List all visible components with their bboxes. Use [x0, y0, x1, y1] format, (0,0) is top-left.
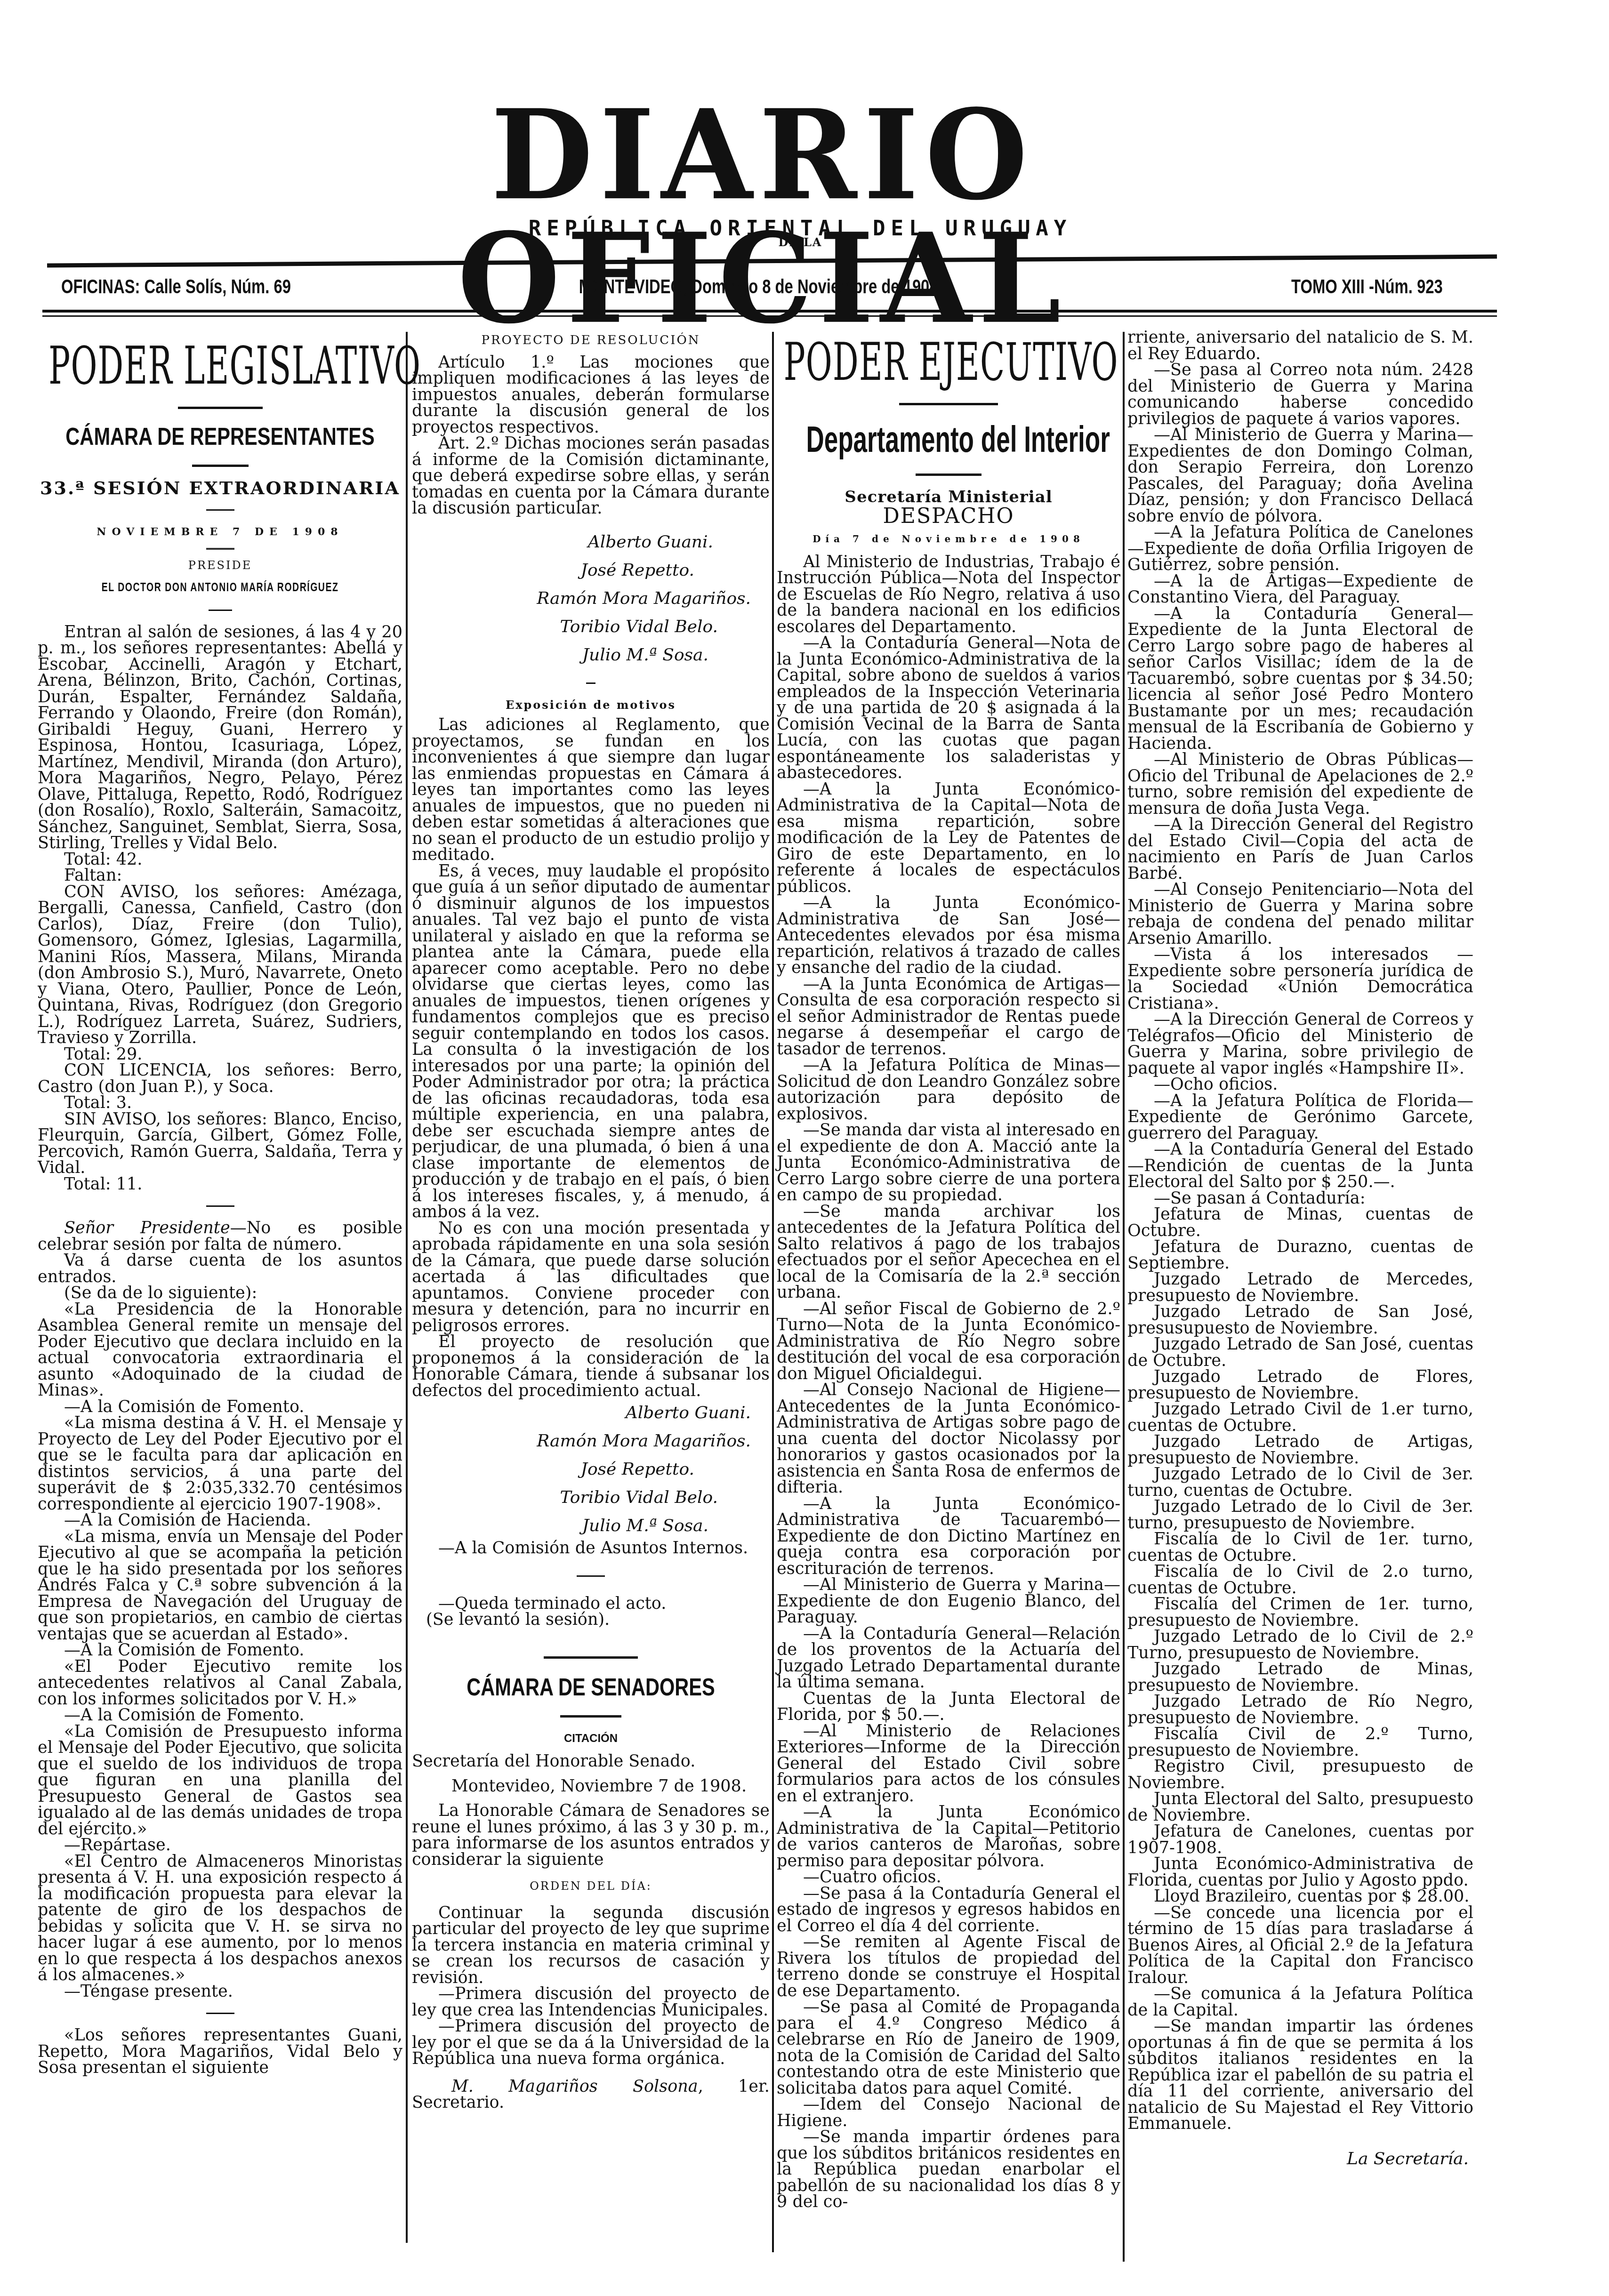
chamber-title: CÁMARA DE REPRESENTANTES: [59, 422, 381, 451]
despacho-title: DESPACHO: [777, 508, 1120, 525]
dispatch-entry: —Cuatro oficios.: [777, 1869, 1120, 1886]
proceeding: «La misma, envía un Mensaje del Poder Ej…: [38, 1529, 402, 1643]
ornament: [206, 548, 234, 550]
signature: Julio M.ª Sosa.: [412, 641, 770, 669]
dispatch-entry: —Se manda archivar los antecedentes de l…: [777, 1204, 1120, 1301]
dispatch-entry: —A la Contaduría General—Relación de los…: [777, 1626, 1120, 1691]
closing-intro: «Los señores representantes Guani, Repet…: [38, 2027, 402, 2076]
dispatch-entry: Juzgado Letrado de San José, cuentas de …: [1127, 1336, 1473, 1369]
dispatch-entry: Lloyd Brazileiro, cuentas por $ 28.00.: [1127, 1888, 1473, 1905]
dispatch-entry: —A la Junta Económico-Administrativa de …: [777, 895, 1120, 976]
divider: [192, 465, 249, 467]
dispatch-entry: —Se remiten al Agente Fiscal de Rivera l…: [777, 1934, 1120, 1999]
preside-name: EL DOCTOR DON ANTONIO MARÍA RODRÍGUEZ: [62, 579, 378, 595]
dispatch-entry: —Se manda dar vista al interesado en el …: [777, 1122, 1120, 1204]
signature: Ramón Mora Magariños.: [412, 1427, 770, 1455]
secretariat-signoff: La Secretaría.: [1127, 2151, 1473, 2168]
president-remark: Señor Presidente—No es posible celebrar …: [38, 1220, 402, 1252]
signature: José Repetto.: [412, 556, 770, 585]
dispatch-entry: Juzgado Letrado de Artigas, presupuesto …: [1127, 1434, 1473, 1466]
dispatch-entry: —Al Consejo Penitenciario—Nota del Minis…: [1127, 882, 1473, 947]
despacho-date: Día 7 de Noviembre de 1908: [777, 531, 1120, 547]
end-line: —Queda terminado el acto.: [412, 1596, 770, 1612]
dispatch-entry: Juzgado Letrado de lo Civil de 3er. turn…: [1127, 1499, 1473, 1531]
dispatch-entry: —A la Dirección General de Correos y Tel…: [1127, 1012, 1473, 1076]
dispatch-entry: Jefatura de Durazno, cuentas de Septiemb…: [1127, 1239, 1473, 1271]
session-title: 33.ª SESIÓN EXTRAORDINARIA: [38, 480, 402, 497]
proceeding: —A la Comisión de Fomento.: [38, 1707, 402, 1724]
absent-with-notice: CON AVISO, los señores: Amézaga, Bergall…: [38, 884, 402, 1046]
dispatch-entry: —A la Junta Económico-Administrativa de …: [777, 781, 1120, 895]
dispatch-entry: Juzgado Letrado de Flores, presupuesto d…: [1127, 1369, 1473, 1401]
dispatch-entry: —Al señor Fiscal de Gobierno de 2.º Turn…: [777, 1301, 1120, 1382]
masthead-subtitle: REPÚBLICA ORIENTAL DEL URUGUAY: [377, 217, 1224, 241]
column-divider: [406, 332, 408, 2243]
dispatch-entry: —Se pasa á la Contaduría General el esta…: [777, 1886, 1120, 1935]
dispatch-entry: —A la Junta Económica de Artigas—Consult…: [777, 976, 1120, 1058]
column-proyecto: PROYECTO DE RESOLUCIÓN Artículo 1.º Las …: [412, 329, 770, 2259]
referral: —A la Comisión de Asuntos Internos.: [412, 1540, 770, 1557]
absent-on-leave: CON LICENCIA, los señores: Berro, Castro…: [38, 1062, 402, 1095]
divider: [586, 682, 595, 684]
proceeding: «El Poder Ejecutivo remite los anteceden…: [38, 1659, 402, 1708]
absent-without-notice: SIN AVISO, los señores: Blanco, Enciso, …: [38, 1111, 402, 1176]
dispatch-entry: Juzgado Letrado de Río Negro, presupuest…: [1127, 1694, 1473, 1726]
divider: [206, 1205, 234, 1207]
senate-office: Secretaría del Honorable Senado.: [412, 1753, 770, 1770]
divider: [916, 474, 981, 476]
dispatch-entry: —Al Ministerio de Obras Públicas—Oficio …: [1127, 752, 1473, 817]
dispatch-entry: —A la Dirección General del Registro del…: [1127, 817, 1473, 882]
dispatch-entry: —A la de Artigas—Expediente de Constanti…: [1127, 573, 1473, 606]
dispatch-entry: —Se manda impartir órdenes para que los …: [777, 2129, 1120, 2210]
divider: [206, 2013, 234, 2014]
column-divider: [1123, 332, 1125, 2262]
dispatch-entry: Juzgado Letrado Civil de 1.er turno, cue…: [1127, 1401, 1473, 1434]
department-title: Departamento del Interior: [806, 418, 1091, 461]
signature: Ramón Mora Magariños.: [412, 585, 770, 613]
proceeding: —A la Comisión de Fomento.: [38, 1399, 402, 1415]
total-without-notice: Total: 11.: [38, 1176, 402, 1193]
agenda-item: Continuar la segunda discusión particula…: [412, 1905, 770, 1986]
proyecto-heading: PROYECTO DE RESOLUCIÓN: [412, 332, 770, 349]
column-legislativo: PODER LEGISLATIVO CÁMARA DE REPRESENTANT…: [38, 329, 402, 2259]
article: Art. 2.º Dichas mociones serán pasadas á…: [412, 435, 770, 517]
dispatch-entry: Juzgado Letrado de Mercedes, presupuesto…: [1127, 1271, 1473, 1304]
proceeding: —Téngase presente.: [38, 1983, 402, 2000]
senate-signer: M. Magariños Solsona, 1er. Secretario.: [412, 2079, 770, 2111]
dispatch-entry: —Vista á los interesados — Expediente so…: [1127, 947, 1473, 1012]
proceeding: (Se da de lo siguiente):: [38, 1285, 402, 1301]
proceeding: «La Comisión de Presupuesto informa el M…: [38, 1724, 402, 1838]
dispatch-entry: Jefatura de Minas, cuentas de Octubre.: [1127, 1206, 1473, 1239]
divider: [178, 407, 263, 409]
dispatch-entry: —A la Jefatura Política de Minas—Solicit…: [777, 1057, 1120, 1122]
divider: [544, 1656, 638, 1659]
dispatch-entry: —A la Junta Económico Administrativa de …: [777, 1804, 1120, 1869]
dispatch-entry: Fiscalía de lo Civil de 2.o turno, cuent…: [1127, 1564, 1473, 1596]
signature: José Repetto.: [412, 1455, 770, 1484]
header-rule: [42, 310, 1497, 313]
dispatch-entry: —A la Jefatura Política de Canelones—Exp…: [1127, 524, 1473, 573]
motive-paragraph: Las adiciones al Reglamento, que proyect…: [412, 717, 770, 863]
masthead: DIARIO OFICIAL DE LA REPÚBLICA ORIENTAL …: [0, 0, 1609, 264]
dispatch-entry: —Se comunica á la Jefatura Política de l…: [1127, 1986, 1473, 2018]
dispatch-entry: —Al Consejo Nacional de Higiene—Antecede…: [777, 1382, 1120, 1496]
dispatch-entry: Juzgado Letrado de lo Civil de 2.º Turno…: [1127, 1629, 1473, 1661]
dispatch-entry: Junta Económico-Administrativa de Florid…: [1127, 1856, 1473, 1888]
senate-title: CÁMARA DE SENADORES: [433, 1673, 749, 1702]
dispatch-entry: —Se mandan impartir las órdenes oportuna…: [1127, 2018, 1473, 2132]
motive-paragraph: El proyecto de resolución que proponemos…: [412, 1334, 770, 1399]
volume-number: TOMO XIII -Núm. 923: [1291, 275, 1443, 298]
dispatch-entry: —Se concede una licencia por el término …: [1127, 1905, 1473, 1986]
dispatch-entry: —A la Contaduría General del Estado—Rend…: [1127, 1141, 1473, 1190]
attendance-paragraph: Entran al salón de sesiones, á las 4 y 2…: [38, 624, 402, 851]
signature: Toribio Vidal Belo.: [412, 613, 770, 641]
signature: Alberto Guani.: [412, 1399, 770, 1427]
section-title-legislativo: PODER LEGISLATIVO: [48, 339, 392, 393]
signature: Alberto Guani.: [412, 528, 770, 556]
signature: Toribio Vidal Belo.: [412, 1484, 770, 1512]
dispatch-entry: —Idem del Consejo Nacional de Higiene.: [777, 2096, 1120, 2129]
dateline: MONTEVIDEO, Domingo 8 de Noviembre de 19…: [579, 275, 938, 298]
proceeding: «La Presidencia de la Honorable Asamblea…: [38, 1301, 402, 1399]
dispatch-entry: Fiscalía de lo Civil de 1er. turno, cuen…: [1127, 1531, 1473, 1564]
proceeding: «El Centro de Almaceneros Minoristas pre…: [38, 1854, 402, 1983]
dispatch-entry: —A la Contaduría General—Nota de la Junt…: [777, 635, 1120, 781]
article: Artículo 1.º Las mociones que impliquen …: [412, 354, 770, 436]
end-line: (Se levantó la sesión).: [412, 1612, 770, 1628]
dispatch-entry: —Se pasa al Comité de Propaganda para el…: [777, 1999, 1120, 2096]
info-bar: OFICINAS: Calle Solís, Núm. 69 MONTEVIDE…: [61, 275, 1170, 304]
section-title-ejecutivo: PODER EJECUTIVO: [784, 335, 1114, 390]
column-ejecutivo: PODER EJECUTIVO Departamento del Interio…: [777, 329, 1120, 2259]
dispatch-entry: Juzgado Letrado de lo Civil de 3er. turn…: [1127, 1466, 1473, 1499]
total-present: Total: 42.: [38, 851, 402, 868]
total-with-notice: Total: 29.: [38, 1046, 402, 1063]
agenda-item: —Primera discusión del proyecto de ley q…: [412, 1986, 770, 2018]
divider: [209, 610, 232, 611]
proceeding: —A la Comisión de Hacienda.: [38, 1512, 402, 1529]
dispatch-entry: —Ocho oficios.: [1127, 1076, 1473, 1093]
motives-heading: Exposición de motivos: [412, 697, 770, 714]
absent-label: Faltan:: [38, 867, 402, 884]
dispatch-entry: Al Ministerio de Industrias, Trabajo é I…: [777, 554, 1120, 635]
dispatch-entry: rriente, aniversario del natalicio de S.…: [1127, 329, 1473, 362]
dispatch-entry: Juzgado Letrado de Minas, presupuesto de…: [1127, 1661, 1473, 1694]
senate-notice: La Honorable Cámara de Senadores se reun…: [412, 1803, 770, 1868]
dispatch-entry: —A la Junta Económico-Administrativa de …: [777, 1496, 1120, 1577]
motive-paragraph: Es, á veces, muy laudable el propósito q…: [412, 863, 770, 1220]
session-date: NOVIEMBRE 7 DE 1908: [38, 524, 402, 540]
proceeding: —A la Comisión de Fomento.: [38, 1642, 402, 1659]
preside-label: PRESIDE: [38, 557, 402, 574]
dispatch-entry: Fiscalía Civil de 2.º Turno, presupuesto…: [1127, 1726, 1473, 1758]
motive-paragraph: No es con una moción presentada y aproba…: [412, 1220, 770, 1334]
divider: [577, 1575, 605, 1577]
dispatch-entry: —A la Contaduría General—Expediente de l…: [1127, 606, 1473, 752]
dispatch-entry: Cuentas de la Junta Electoral de Florida…: [777, 1691, 1120, 1723]
column-divider: [772, 332, 774, 2252]
divider: [560, 1715, 621, 1718]
divider: [899, 403, 998, 405]
proceeding: Va á darse cuenta de los asuntos entrado…: [38, 1252, 402, 1285]
dispatch-entry: —A la Jefatura Política de Florida—Exped…: [1127, 1093, 1473, 1142]
signature: Julio M.ª Sosa.: [412, 1512, 770, 1540]
citation-heading: CITACIÓN: [412, 1731, 770, 1747]
total-on-leave: Total: 3.: [38, 1095, 402, 1111]
column-ejecutivo-continued: rriente, aniversario del natalicio de S.…: [1127, 329, 1473, 2259]
dispatch-entry: —Al Ministerio de Guerra y Marina—Expedi…: [1127, 427, 1473, 524]
senate-place-date: Montevideo, Noviembre 7 de 1908.: [412, 1778, 770, 1795]
secretariat-title: Secretaría Ministerial: [777, 489, 1120, 506]
dispatch-entry: Juzgado Letrado de San José, presusupues…: [1127, 1304, 1473, 1336]
dispatch-entry: Junta Electoral del Salto, presupuesto d…: [1127, 1791, 1473, 1823]
dispatch-entry: —Se pasa al Correo nota núm. 2428 del Mi…: [1127, 362, 1473, 427]
dispatch-entry: Fiscalía del Crimen de 1er. turno, presu…: [1127, 1596, 1473, 1629]
proceeding: «La misma destina á V. H. el Mensaje y P…: [38, 1415, 402, 1512]
header-rule-thin: [42, 315, 1497, 317]
agenda-heading: ORDEN DEL DÍA:: [412, 1878, 770, 1895]
proceeding: —Repártase.: [38, 1837, 402, 1854]
dispatch-entry: —Al Ministerio de Relaciones Exteriores—…: [777, 1723, 1120, 1805]
offices-address: OFICINAS: Calle Solís, Núm. 69: [61, 275, 291, 298]
dispatch-entry: Registro Civil, presupuesto de Noviembre…: [1127, 1758, 1473, 1791]
agenda-item: —Primera discusión del proyecto de ley p…: [412, 2018, 770, 2067]
dispatch-entry: —Se pasan á Contaduría:: [1127, 1190, 1473, 1207]
divider: [206, 509, 234, 511]
dispatch-entry: Jefatura de Canelones, cuentas por 1907-…: [1127, 1823, 1473, 1856]
dispatch-entry: —Al Ministerio de Guerra y Marina—Expedi…: [777, 1577, 1120, 1626]
